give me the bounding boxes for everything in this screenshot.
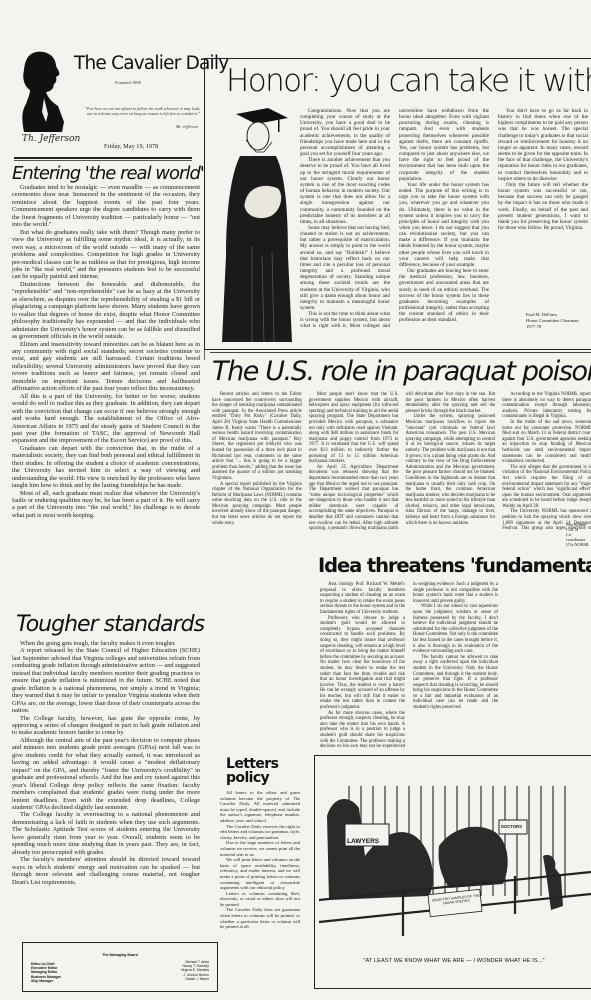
paraquat-article: Recent articles and letters to the Edito… — [212, 392, 591, 537]
quote-attribution: Mr. Jefferson — [150, 124, 198, 129]
issue-date: Friday, May 19, 1978 — [104, 143, 158, 150]
signature: Th. Jefferson — [22, 134, 80, 144]
masthead: Th. Jefferson The Cavalier Daily Founded… — [0, 0, 200, 160]
cartoon-label-doctors: DOCTORS — [501, 824, 522, 829]
editorial-cartoon: LAWYERS DOCTORS SELECTED SAMPLES OF THE … — [314, 755, 591, 989]
letters-policy-headline: Letters policy — [226, 757, 296, 785]
managing-board-roles: Editor-in-Chief Executive Editor Managin… — [31, 962, 61, 983]
jefferson-silhouette-icon — [18, 50, 66, 132]
letters-policy-text: All letters to the editor and guest colu… — [220, 790, 300, 930]
founded-line: Founded 1890 — [115, 80, 141, 85]
masthead-quote: "For here we are not afraid to follow th… — [84, 106, 200, 117]
managing-board-box: The Managing Board Editor-in-Chief Execu… — [22, 942, 218, 992]
paraquat-signature: Pete Kilduff Coll. II Co-coordinator UVa… — [566, 522, 591, 547]
managing-board-names: Michael T. Arley Nancy T. Ramsey Virgini… — [181, 960, 209, 981]
masthead-rule — [14, 157, 192, 159]
paraquat-headline: The U.S. role in paraquat poisoning — [212, 356, 591, 387]
honor-headline: Honor: you can take it with you — [226, 63, 591, 99]
fundamental-rights-headline: Idea threatens 'fundamental rights' — [318, 554, 591, 577]
cartoon-cage-illustration-icon — [319, 776, 591, 946]
fundamental-rights-article: Asst. biology Prof. Richard W. Mettel's … — [320, 582, 591, 752]
masthead-rule-thin — [14, 160, 192, 161]
real-world-headline: Entering 'the real world' — [12, 163, 204, 184]
cartoon-caption: "AT LEAST WE KNOW WHAT WE ARE — I WONDER… — [315, 958, 591, 964]
honor-article: Congratulations. Now that you are comple… — [300, 108, 588, 334]
honor-signature: Paul M. DeFiura Honor Committee Chairman… — [526, 312, 579, 329]
cartoon-label-lawyers: LAWYERS — [347, 838, 379, 845]
graduate-illustration-icon — [216, 106, 298, 346]
tougher-standards-article: When the going gets tough, the faculty m… — [12, 640, 200, 886]
paraquat-top-rule — [210, 352, 591, 353]
tougher-standards-headline: Tougher standards — [16, 612, 204, 637]
real-world-article: Graduates tend to be nostalgic — even ma… — [12, 184, 200, 519]
managing-board-title: The Managing Board — [23, 953, 217, 957]
